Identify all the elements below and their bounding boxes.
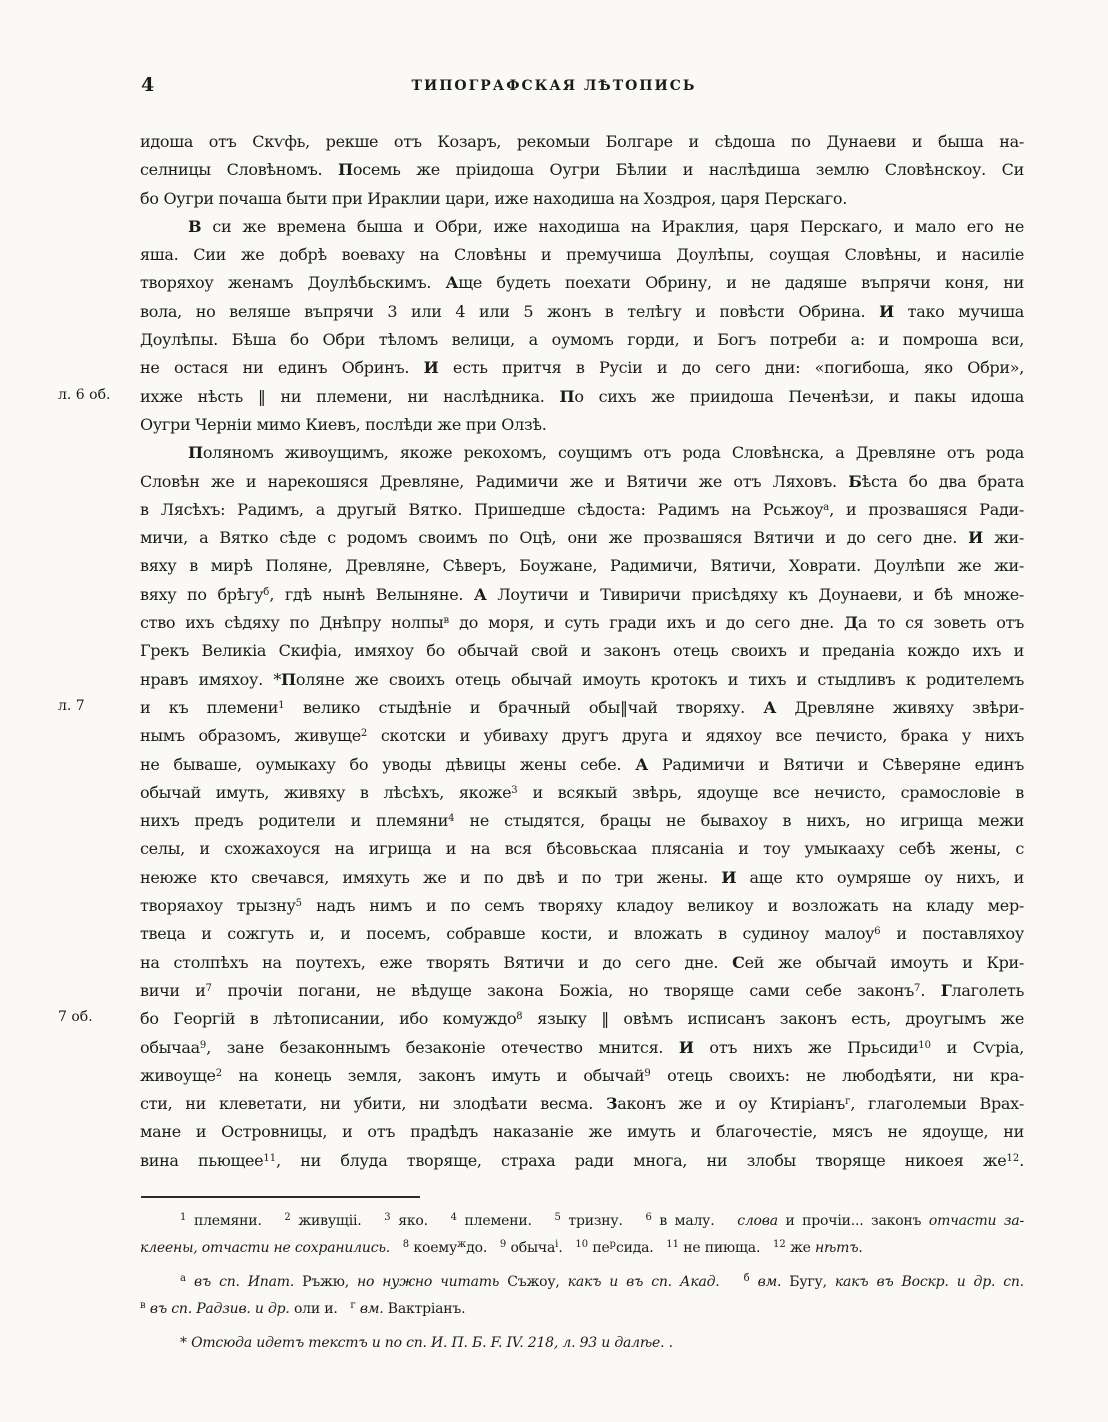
text-line: твеца и сожгуть и, и посемъ, собравше ко…: [140, 920, 1024, 948]
text-line: сти, ни клеветати, ни убити, ни злодѣати…: [140, 1090, 1024, 1118]
text-line: селы, и схожахоуся на игрища и на вся бѣ…: [140, 835, 1024, 863]
text-line: обычаа9, зане безаконнымъ безаконіе отеч…: [140, 1034, 1024, 1062]
text-line: нымъ образомъ, живуще2 скотски и убиваху…: [140, 722, 1024, 750]
text-line: не бываше, оумыкаху бо уводы дѣвицы жены…: [140, 751, 1024, 779]
footnote-block: * Отсюда идетъ текстъ и по сп. И. П. Б. …: [140, 1330, 1024, 1357]
text-line: Поляномъ живоущимъ, якоже рекохомъ, соущ…: [140, 439, 1024, 467]
text-line: В си же времена быша и Обри, иже находиш…: [140, 213, 1024, 241]
paragraph: В си же времена быша и Обри, иже находиш…: [140, 213, 1024, 439]
text-line: не остася ни единъ Обринъ. И есть притчя…: [140, 354, 1024, 382]
text-line: в Лясѣхъ: Радимъ, а другый Вятко. Пришед…: [140, 496, 1024, 524]
text-line: неюже кто свечався, имяхуть же и по двѣ …: [140, 864, 1024, 892]
text-line: живоуще2 на конець земля, законъ имуть и…: [140, 1062, 1024, 1090]
text-line: вола, но веляше въпрячи 3 или 4 или 5 жо…: [140, 298, 1024, 326]
text-line: на столпѣхъ на поутехъ, еже творять Вяти…: [140, 949, 1024, 977]
text-line: нихъ предъ родители и племяни4 не стыдят…: [140, 807, 1024, 835]
text-line: нравъ имяхоу. *Поляне же своихъ отець об…: [140, 666, 1024, 694]
text-line: вяху в мирѣ Поляне, Древляне, Сѣверъ, Бо…: [140, 552, 1024, 580]
book-page: 4 ТИПОГРАФСКАЯ ЛѢТОПИСЬ л. 6 об. л. 7 7 …: [0, 0, 1108, 1422]
text-line: бо Оугри почаша быти при Ираклии цари, и…: [140, 185, 1024, 213]
footnote-block: а въ сп. Ипат. Ръжю, но нужно читать Съж…: [140, 1269, 1024, 1323]
text-line: обычай имуть, живяху в лѣсѣхъ, якоже3 и …: [140, 779, 1024, 807]
footnote-line: клеены, отчасти не сохранились. 8 коемуж…: [140, 1235, 1024, 1262]
text-line: селницы Словѣномъ. Посемь же пріидоша Оу…: [140, 156, 1024, 184]
text-line: Доулѣпы. Бѣша бо Обри тѣломъ велици, а о…: [140, 326, 1024, 354]
folio-margin-note: л. 7: [58, 698, 138, 714]
text-line: идоша отъ Скѵфь, рекше отъ Козаръ, реком…: [140, 128, 1024, 156]
text-line: ихже нѣсть ‖ ни племени, ни наслѣдника. …: [140, 383, 1024, 411]
footnote-line: в въ сп. Радзив. и др. оли и. г вм. Вакт…: [140, 1296, 1024, 1323]
footnote-line: 1 племяни. 2 живущіі. 3 яко. 4 племени. …: [140, 1208, 1024, 1235]
text-line: и къ племени1 велико стыдѣніе и брачный …: [140, 694, 1024, 722]
running-header: ТИПОГРАФСКАЯ ЛѢТОПИСЬ: [0, 78, 1108, 94]
footnote-separator: [141, 1196, 420, 1198]
folio-margin-note: 7 об.: [58, 1009, 138, 1025]
text-line: мане и Островницы, и отъ прадѣдъ наказан…: [140, 1118, 1024, 1146]
text-line: творяхоу женамъ Доулѣбьскимъ. Аще будеть…: [140, 269, 1024, 297]
text-line: вичи и7 прочіи погани, не вѣдуще закона …: [140, 977, 1024, 1005]
text-line: Оугри Черніи мимо Киевъ, послѣди же при …: [140, 411, 1024, 439]
paragraph: Поляномъ живоущимъ, якоже рекохомъ, соущ…: [140, 439, 1024, 1175]
text-line: бо Георгій в лѣтописании, ибо комуждо8 я…: [140, 1005, 1024, 1033]
footnote-block: 1 племяни. 2 живущіі. 3 яко. 4 племени. …: [140, 1208, 1024, 1262]
body-text: идоша отъ Скѵфь, рекше отъ Козаръ, реком…: [140, 128, 1024, 1175]
text-line: ство ихъ сѣдяху по Днѣпру нолпыв до моря…: [140, 609, 1024, 637]
text-line: вяху по брѣгуб, гдѣ нынѣ Велыняне. А Лоу…: [140, 581, 1024, 609]
text-line: Словѣн же и нарекошяся Древляне, Радимич…: [140, 468, 1024, 496]
footnote-line: * Отсюда идетъ текстъ и по сп. И. П. Б. …: [140, 1330, 1024, 1357]
text-line: вина пьющее11, ни блуда творяще, страха …: [140, 1147, 1024, 1175]
text-line: Грекъ Великіа Скифіа, имяхоу бо обычай с…: [140, 637, 1024, 665]
text-line: творяахоу трызну5 надъ нимъ и по семъ тв…: [140, 892, 1024, 920]
footnote-line: а въ сп. Ипат. Ръжю, но нужно читать Съж…: [140, 1269, 1024, 1296]
text-line: мичи, а Вятко сѣде с родомъ своимъ по Оц…: [140, 524, 1024, 552]
text-line: яша. Сии же добрѣ воеваху на Словѣны и п…: [140, 241, 1024, 269]
folio-margin-note: л. 6 об.: [58, 387, 138, 403]
paragraph: идоша отъ Скѵфь, рекше отъ Козаръ, реком…: [140, 128, 1024, 213]
footnotes: 1 племяни. 2 живущіі. 3 яко. 4 племени. …: [140, 1208, 1024, 1364]
